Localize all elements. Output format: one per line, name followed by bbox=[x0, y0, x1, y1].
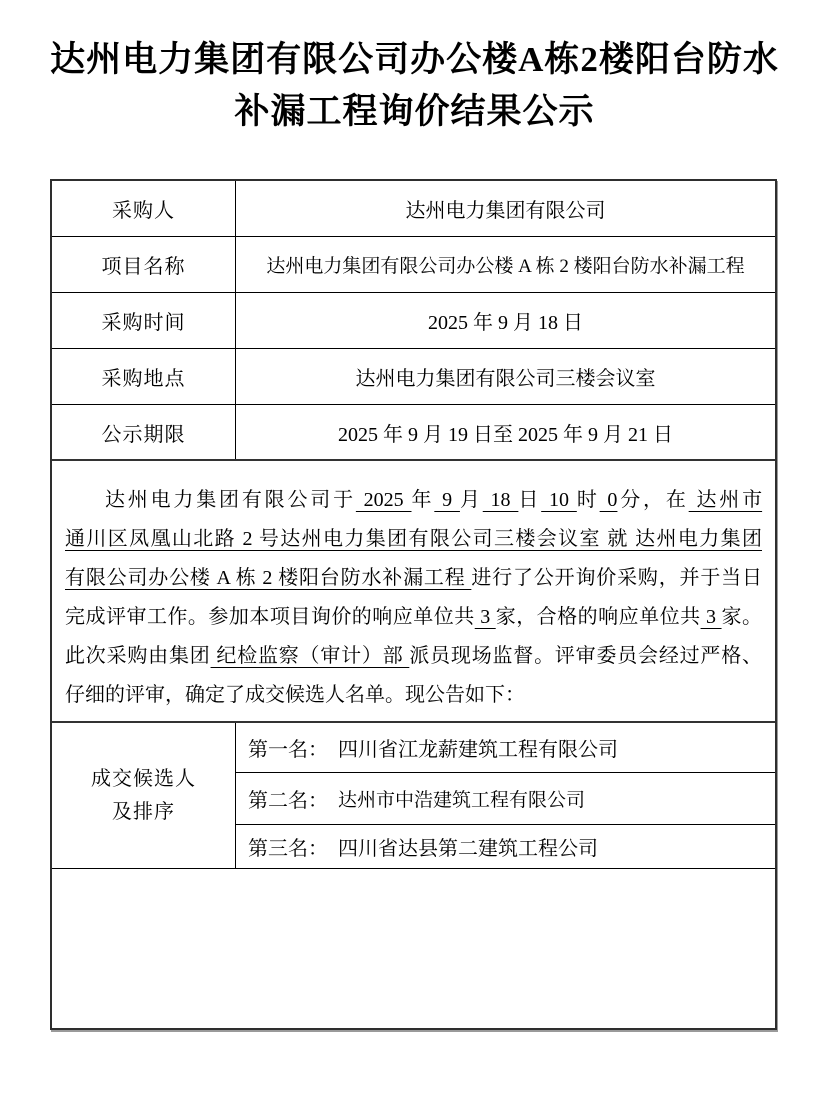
announcement-line: 此次采购由集团 纪检监察（审计）部 派员现场监督。评审委员会经过严格、 bbox=[65, 637, 762, 676]
info-row-purchase-place: 采购地点 达州电力集团有限公司三楼会议室 bbox=[52, 349, 775, 405]
candidate-row-first: 第一名： 四川省江龙薪建筑工程有限公司 bbox=[236, 723, 775, 773]
candidate-row-third: 第三名： 四川省达县第二建筑工程公司 bbox=[236, 825, 775, 868]
info-row-project-name: 项目名称 达州电力集团有限公司办公楼 A 栋 2 楼阳台防水补漏工程 bbox=[52, 237, 775, 293]
plain-text: 此次采购由集团 bbox=[65, 645, 211, 667]
company-name: 四川省江龙薪建筑工程有限公司 bbox=[338, 733, 618, 762]
info-value: 2025 年 9 月 19 日至 2025 年 9 月 21 日 bbox=[236, 405, 775, 459]
underlined-text: 3 bbox=[475, 606, 496, 628]
rank-label: 第一名： bbox=[248, 733, 328, 762]
company-name: 达州市中浩建筑工程有限公司 bbox=[338, 785, 585, 812]
underlined-text: 3 bbox=[701, 606, 722, 628]
page: { "title": { "line1": "达州电力集团有限公司办公楼A栋2楼… bbox=[0, 0, 829, 1109]
info-row-purchaser: 采购人 达州电力集团有限公司 bbox=[52, 181, 775, 237]
announcement-paragraph: 达州电力集团有限公司于 2025 年 9 月 18 日 10 时 0分，在 达州… bbox=[52, 461, 775, 721]
plain-text: 年 bbox=[412, 489, 435, 511]
announcement-line: 仔细的评审，确定了成交候选人名单。现公告如下： bbox=[65, 676, 762, 715]
announcement-line: 达州电力集团有限公司于 2025 年 9 月 18 日 10 时 0分，在 达州… bbox=[65, 481, 762, 520]
plain-text: 时 bbox=[577, 489, 600, 511]
underlined-text: 0 bbox=[600, 489, 618, 511]
rank-label: 第二名： bbox=[248, 784, 328, 813]
plain-text: 进行了公开询价采购，并于当日 bbox=[471, 567, 762, 589]
plain-text: 家。 bbox=[722, 606, 763, 628]
info-value: 达州电力集团有限公司办公楼 A 栋 2 楼阳台防水补漏工程 bbox=[236, 237, 775, 292]
plain-text: 月 bbox=[460, 489, 483, 511]
document-title-line2: 补漏工程询价结果公示 bbox=[0, 86, 829, 138]
announcement-line: 有限公司办公楼 A 栋 2 楼阳台防水补漏工程 进行了公开询价采购，并于当日 bbox=[65, 559, 762, 598]
info-value: 2025 年 9 月 18 日 bbox=[236, 293, 775, 348]
underlined-text: 有限公司办公楼 A 栋 2 楼阳台防水补漏工程 bbox=[65, 567, 471, 589]
info-row-purchase-time: 采购时间 2025 年 9 月 18 日 bbox=[52, 293, 775, 349]
underlined-text: 9 bbox=[434, 489, 460, 511]
underlined-text: 2025 bbox=[356, 489, 412, 511]
announcement-line: 通川区凤凰山北路 2 号达州电力集团有限公司三楼会议室 就 达州电力集团 bbox=[65, 520, 762, 559]
info-row-publicity-period: 公示期限 2025 年 9 月 19 日至 2025 年 9 月 21 日 bbox=[52, 405, 775, 461]
plain-text: 派员现场监督。评审委员会经过严格、 bbox=[409, 645, 762, 667]
info-value: 达州电力集团有限公司 bbox=[236, 181, 775, 236]
plain-text: 家，合格的响应单位共 bbox=[496, 606, 701, 628]
plain-text: 达州电力集团有限公司于 bbox=[105, 489, 356, 511]
company-name: 四川省达县第二建筑工程公司 bbox=[338, 832, 598, 861]
info-label: 项目名称 bbox=[52, 237, 236, 292]
announcement-table: 采购人 达州电力集团有限公司 项目名称 达州电力集团有限公司办公楼 A 栋 2 … bbox=[50, 179, 777, 1030]
announcement-line: 完成评审工作。参加本项目询价的响应单位共 3 家，合格的响应单位共 3 家。 bbox=[65, 598, 762, 637]
plain-text: 日 bbox=[518, 489, 541, 511]
plain-text: 仔细的评审，确定了成交候选人名单。现公告如下： bbox=[65, 684, 525, 706]
candidates-section: 成交候选人 及排序 第一名： 四川省江龙薪建筑工程有限公司 第二名： 达州市中浩… bbox=[52, 721, 775, 868]
underlined-text: 10 bbox=[541, 489, 577, 511]
candidate-row-second: 第二名： 达州市中浩建筑工程有限公司 bbox=[236, 773, 775, 825]
info-label: 采购时间 bbox=[52, 293, 236, 348]
candidates-header-line1: 成交候选人 bbox=[91, 763, 196, 796]
plain-text: 完成评审工作。参加本项目询价的响应单位共 bbox=[65, 606, 475, 628]
info-label: 公示期限 bbox=[52, 405, 236, 459]
plain-text: 分，在 bbox=[617, 489, 688, 511]
document-title-line1: 达州电力集团有限公司办公楼A栋2楼阳台防水 bbox=[0, 34, 829, 86]
rank-label: 第三名： bbox=[248, 832, 328, 861]
underlined-text: 通川区凤凰山北路 2 号达州电力集团有限公司三楼会议室 就 达州电力集团 bbox=[65, 528, 762, 550]
candidates-header: 成交候选人 及排序 bbox=[52, 723, 236, 868]
candidates-rows: 第一名： 四川省江龙薪建筑工程有限公司 第二名： 达州市中浩建筑工程有限公司 第… bbox=[236, 723, 775, 868]
document-title: 达州电力集团有限公司办公楼A栋2楼阳台防水 补漏工程询价结果公示 bbox=[0, 34, 829, 138]
underlined-text: 纪检监察（审计）部 bbox=[211, 645, 410, 667]
underlined-text: 18 bbox=[483, 489, 519, 511]
info-label: 采购地点 bbox=[52, 349, 236, 404]
info-label: 采购人 bbox=[52, 181, 236, 236]
underlined-text: 达州市 bbox=[689, 489, 762, 511]
empty-cell bbox=[52, 868, 775, 1028]
candidates-header-line2: 及排序 bbox=[112, 796, 175, 829]
info-value: 达州电力集团有限公司三楼会议室 bbox=[236, 349, 775, 404]
